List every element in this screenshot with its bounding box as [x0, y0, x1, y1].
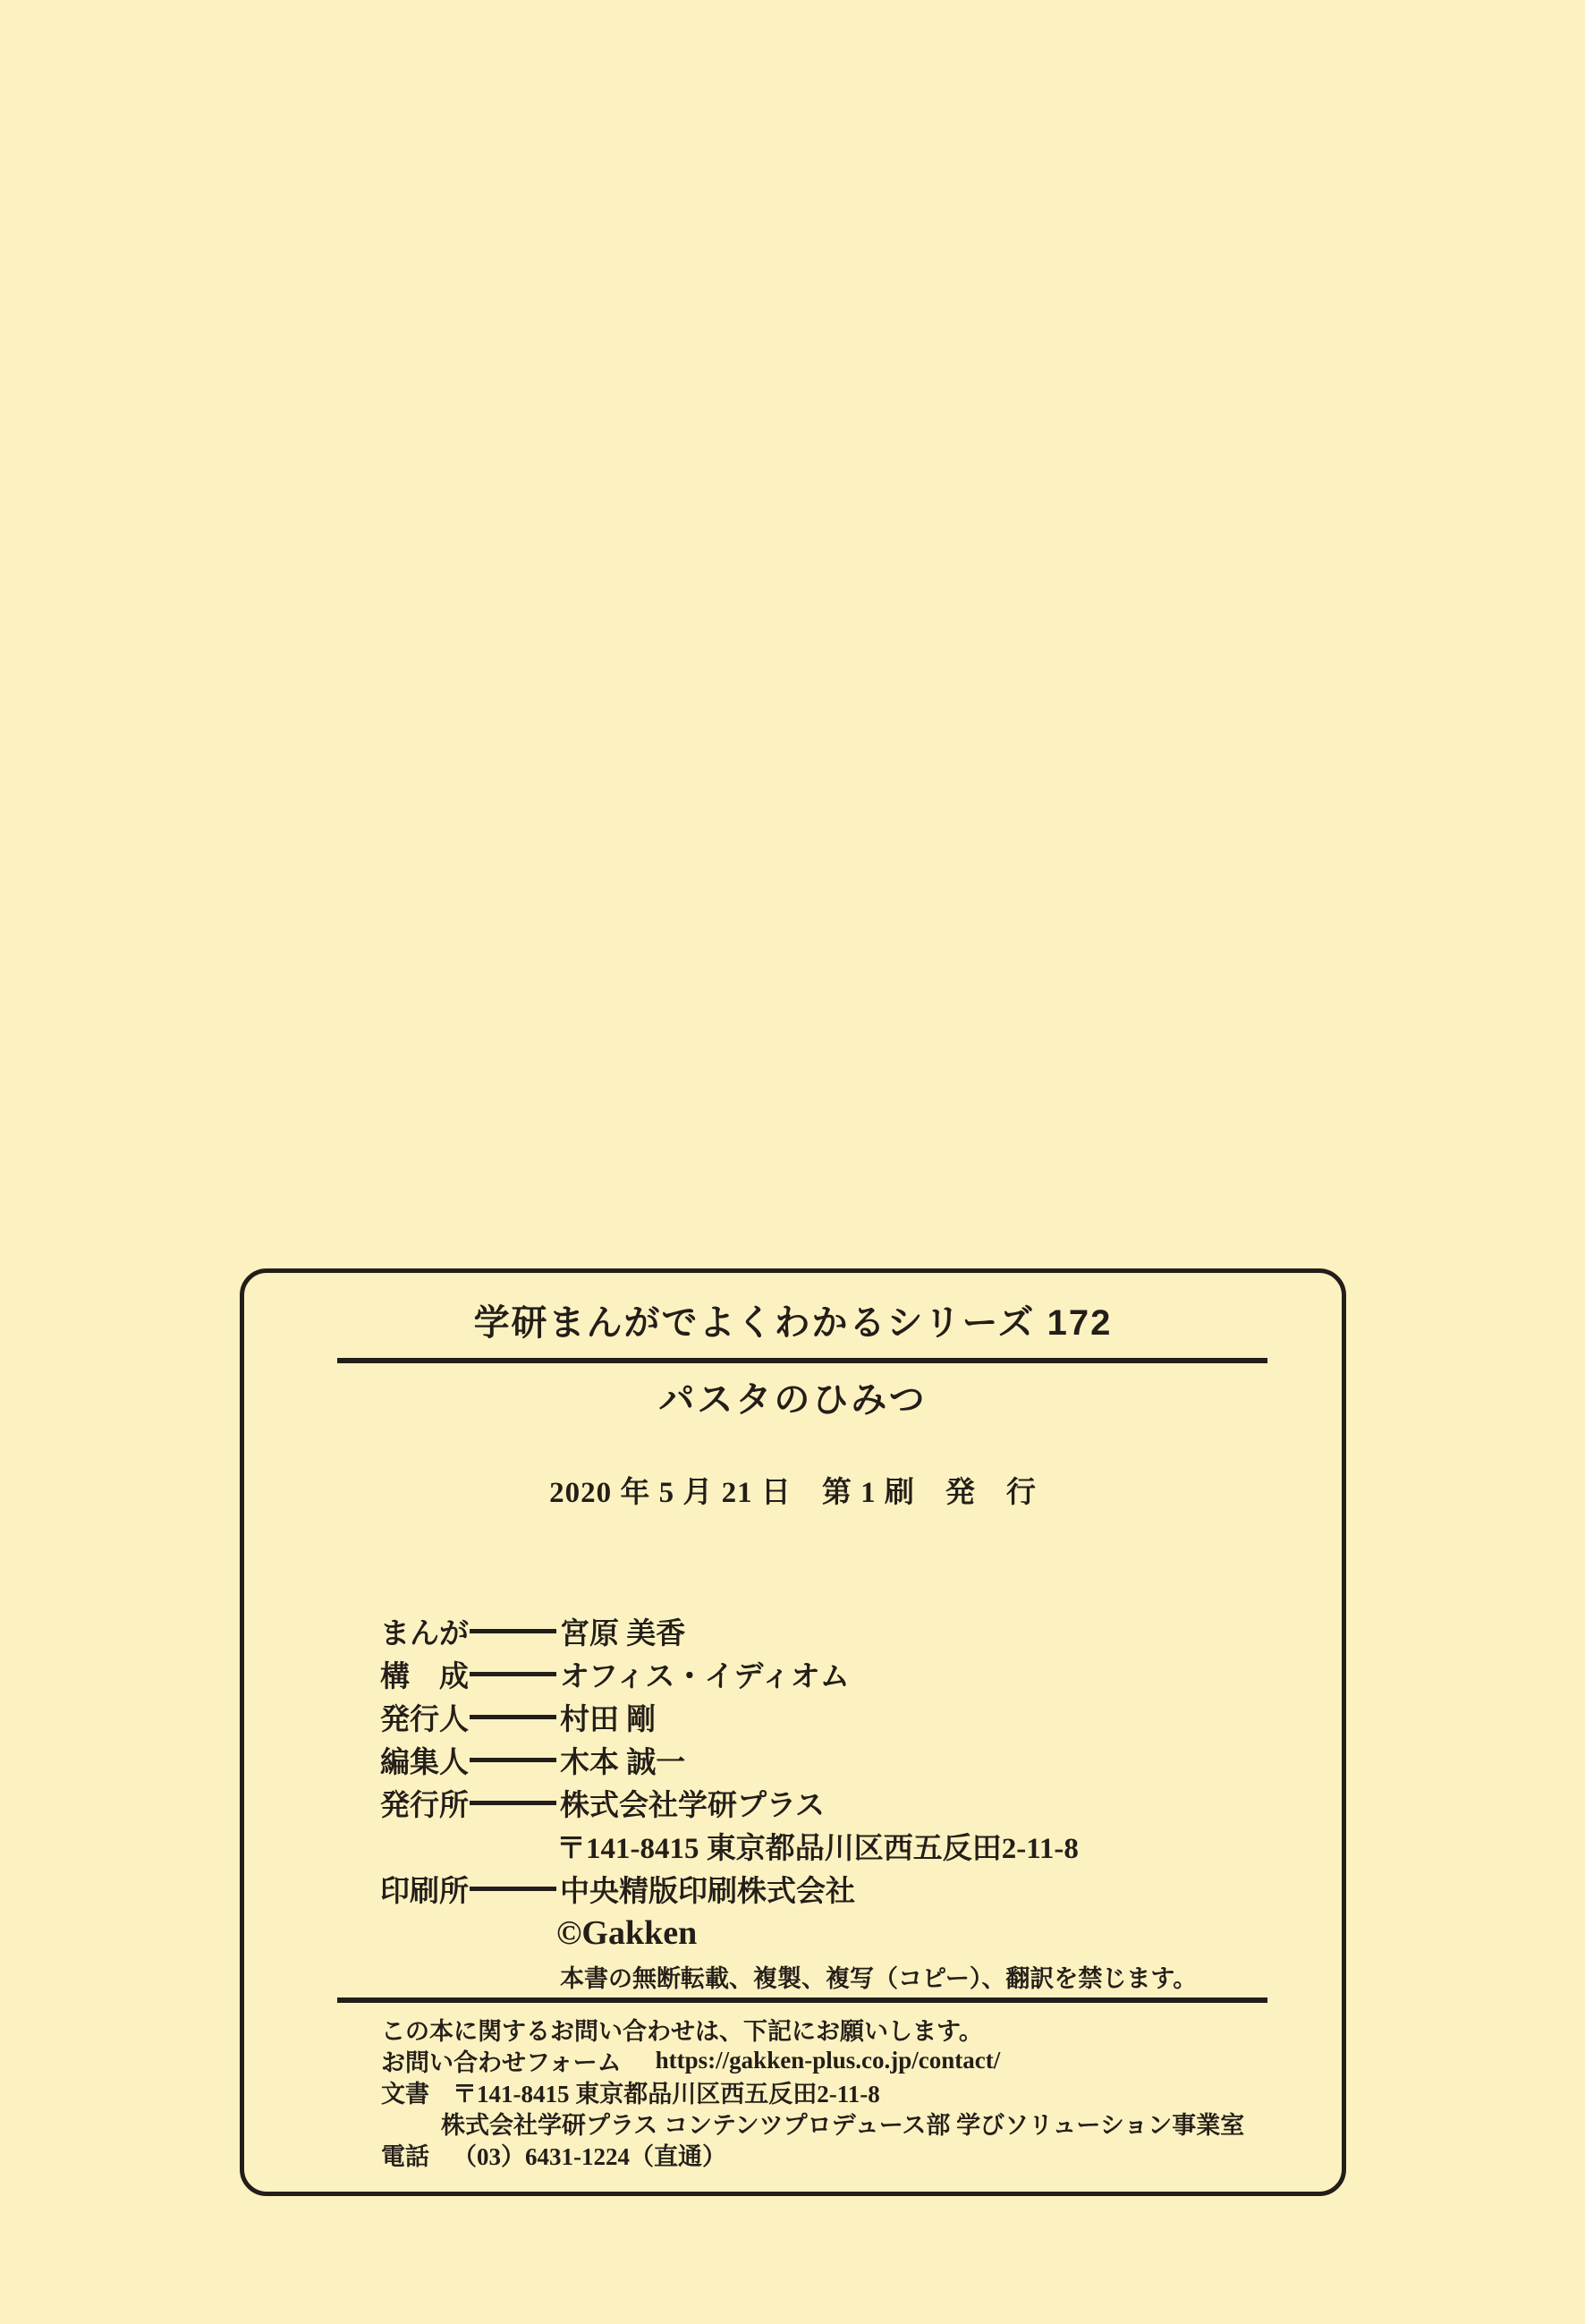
credit-row-hakkousho: 発行所 株式会社学研プラス [380, 1781, 1275, 1824]
credit-dash-rule [470, 1887, 556, 1891]
credit-label: 印刷所 [380, 1868, 470, 1910]
credit-label: 構 成 [380, 1653, 470, 1695]
credit-row-henshuunin: 編集人 木本 誠一 [380, 1738, 1275, 1781]
book-title: パスタのひみつ [244, 1382, 1342, 1418]
credit-row-manga: まんが 宮原 美香 [380, 1609, 1275, 1652]
credit-label: 発行人 [380, 1696, 470, 1738]
copyright-notice: ©Gakken [556, 1910, 1275, 1956]
credit-value: 木本 誠一 [556, 1739, 685, 1781]
edition-date-line: 2020 年 5 月 21 日 第 1 刷 発 行 [244, 1479, 1342, 1508]
credit-dash-rule [470, 1715, 556, 1719]
credit-dash-rule [470, 1672, 556, 1676]
contact-form-url: https://gakken-plus.co.jp/contact/ [656, 2047, 1001, 2074]
contact-tel-number: （03）6431-1224（直通） [453, 2137, 726, 2172]
contact-tel-line: 電話 （03）6431-1224（直通） [381, 2139, 1302, 2170]
credit-label: 発行所 [380, 1782, 470, 1824]
rights-notice: 本書の無断転載、複製、複写（コピー）、翻訳を禁じます。 [560, 1956, 1275, 1996]
contact-form-line: お問い合わせフォーム https://gakken-plus.co.jp/con… [381, 2045, 1302, 2076]
credits-block: まんが 宮原 美香 構 成 オフィス・イディオム 発行人 村田 剛 編集人 木本… [380, 1609, 1275, 1996]
credit-value: 宮原 美香 [556, 1610, 685, 1652]
credit-value: 株式会社学研プラス [556, 1782, 825, 1824]
colophon-page: 学研まんがでよくわかるシリーズ 172 パスタのひみつ 2020 年 5 月 2… [0, 0, 1585, 2324]
contact-post-label: 文書 [381, 2074, 429, 2109]
credit-dash-rule [470, 1629, 556, 1633]
credit-label: まんが [380, 1610, 470, 1652]
title-divider-rule [337, 1358, 1267, 1363]
series-title: 学研まんがでよくわかるシリーズ 172 [244, 1305, 1342, 1341]
credit-row-hakkounin: 発行人 村田 剛 [380, 1695, 1275, 1738]
credit-value: 中央精版印刷株式会社 [556, 1868, 855, 1910]
contact-form-label: お問い合わせフォーム [381, 2043, 622, 2078]
publisher-address: 〒141-8415 東京都品川区西五反田2-11-8 [556, 1824, 1275, 1867]
contact-tel-label: 電話 [381, 2137, 429, 2172]
credit-dash-rule [470, 1758, 556, 1762]
credit-value: オフィス・イディオム [556, 1653, 850, 1695]
credit-value: 村田 剛 [556, 1696, 656, 1738]
credit-label: 編集人 [380, 1739, 470, 1781]
contact-intro: この本に関するお問い合わせは、下記にお願いします。 [381, 2014, 1302, 2045]
contact-post-line: 文書 〒141-8415 東京都品川区西五反田2-11-8 [381, 2076, 1302, 2108]
colophon-box: 学研まんがでよくわかるシリーズ 172 パスタのひみつ 2020 年 5 月 2… [240, 1268, 1346, 2196]
contact-post-address: 〒141-8415 東京都品川区西五反田2-11-8 [453, 2074, 880, 2109]
contact-dept-line: 株式会社学研プラス コンテンツプロデュース部 学びソリューション事業室 [381, 2108, 1302, 2139]
credit-dash-rule [470, 1801, 556, 1805]
contact-post-dept: 株式会社学研プラス コンテンツプロデュース部 学びソリューション事業室 [441, 2106, 1244, 2141]
credit-row-kousei: 構 成 オフィス・イディオム [380, 1652, 1275, 1695]
contact-section-divider [337, 1997, 1267, 2003]
contact-block: この本に関するお問い合わせは、下記にお願いします。 お問い合わせフォーム htt… [381, 2014, 1302, 2170]
credit-row-insatsusho: 印刷所 中央精版印刷株式会社 [380, 1867, 1275, 1910]
